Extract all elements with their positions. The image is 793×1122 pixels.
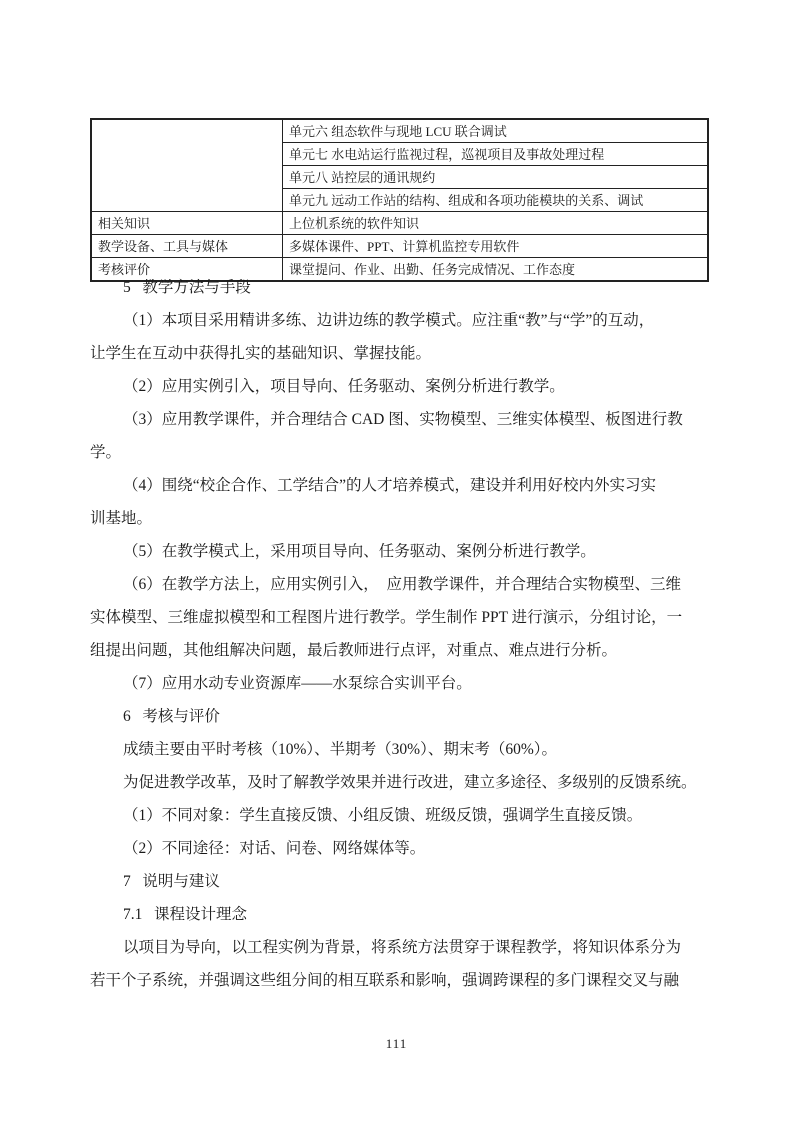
body-text-line: （6）在教学方法上，应用实例引入， 应用教学课件，并合理结合实物模型、三维 [90, 568, 730, 601]
body-text-line: （1）本项目采用精讲多练、边讲边练的教学模式。应注重“教”与“学”的互动， [90, 304, 730, 337]
table-cell-merged-empty [91, 119, 283, 212]
body-text-line: （2）不同途径：对话、问卷、网络媒体等。 [90, 832, 730, 865]
body-text-line: （3）应用教学课件，并合理结合 CAD 图、实物模型、三维实体模型、板图进行教 [90, 403, 730, 436]
document-page: 单元六 组态软件与现地 LCU 联合调试 单元七 水电站运行监视过程，巡视项目及… [0, 0, 793, 1122]
table-row: 相关知识 上位机系统的软件知识 [91, 212, 708, 235]
body-text-line: 实体模型、三维虚拟模型和工程图片进行教学。学生制作 PPT 进行演示，分组讨论，… [90, 601, 730, 634]
body-text-line: 让学生在互动中获得扎实的基础知识、掌握技能。 [90, 337, 730, 370]
table-label-related-knowledge: 相关知识 [91, 212, 283, 235]
table-cell-unit-8: 单元八 站控层的通讯规约 [283, 166, 709, 189]
table-value-teaching-equipment: 多媒体课件、PPT、计算机监控专用软件 [283, 235, 709, 258]
table-cell-unit-6: 单元六 组态软件与现地 LCU 联合调试 [283, 119, 709, 143]
section-heading-7: 7 说明与建议 [90, 865, 730, 898]
body-text-line: （4）围绕“校企合作、工学结合”的人才培养模式，建设并利用好校内外实习实 [90, 469, 730, 502]
body-text-line: 训基地。 [90, 502, 730, 535]
body-text-line: （1）不同对象：学生直接反馈、小组反馈、班级反馈，强调学生直接反馈。 [90, 799, 730, 832]
table-label-teaching-equipment: 教学设备、工具与媒体 [91, 235, 283, 258]
body-text-line: 以项目为导向，以工程实例为背景，将系统方法贯穿于课程教学，将知识体系分为 [90, 931, 730, 964]
page-number: 111 [0, 1036, 793, 1052]
section-heading-5: 5 教学方法与手段 [90, 271, 730, 304]
body-text-line: （7）应用水动专业资源库——水泵综合实训平台。 [90, 667, 730, 700]
table-row: 教学设备、工具与媒体 多媒体课件、PPT、计算机监控专用软件 [91, 235, 708, 258]
section-heading-6: 6 考核与评价 [90, 700, 730, 733]
body-text-line: 成绩主要由平时考核（10%）、半期考（30%）、期末考（60%）。 [90, 733, 730, 766]
section-heading-7-1: 7.1 课程设计理念 [90, 898, 730, 931]
table-row: 单元六 组态软件与现地 LCU 联合调试 [91, 119, 708, 143]
body-text-line: 学。 [90, 436, 730, 469]
body-text-line: （5）在教学模式上，采用项目导向、任务驱动、案例分析进行教学。 [90, 535, 730, 568]
table-value-related-knowledge: 上位机系统的软件知识 [283, 212, 709, 235]
body-text-line: 为促进教学改革，及时了解教学效果并进行改进，建立多途径、多级别的反馈系统。 [90, 766, 730, 799]
body-text-line: （2）应用实例引入，项目导向、任务驱动、案例分析进行教学。 [90, 370, 730, 403]
course-info-table: 单元六 组态软件与现地 LCU 联合调试 单元七 水电站运行监视过程，巡视项目及… [90, 118, 709, 282]
body-text: 5 教学方法与手段 （1）本项目采用精讲多练、边讲边练的教学模式。应注重“教”与… [90, 271, 730, 997]
table-cell-unit-9: 单元九 远动工作站的结构、组成和各项功能模块的关系、调试 [283, 189, 709, 212]
table-cell-unit-7: 单元七 水电站运行监视过程，巡视项目及事故处理过程 [283, 143, 709, 166]
body-text-line: 组提出问题，其他组解决问题，最后教师进行点评，对重点、难点进行分析。 [90, 634, 730, 667]
body-text-line: 若干个子系统，并强调这些组分间的相互联系和影响，强调跨课程的多门课程交叉与融 [90, 964, 730, 997]
